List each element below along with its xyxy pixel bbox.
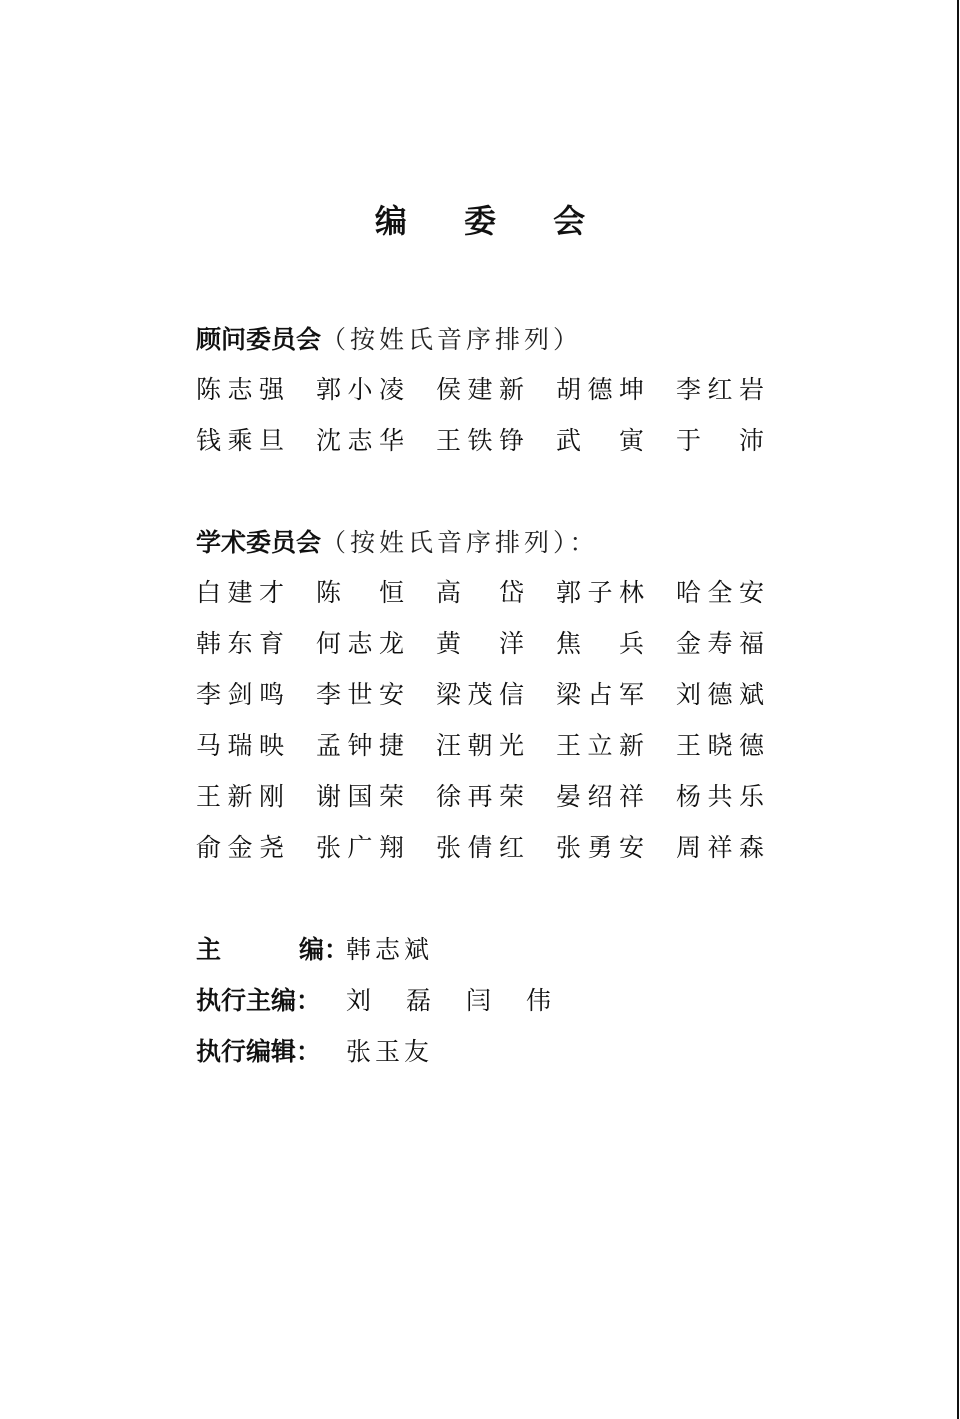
member-name: 白建才 [196,575,284,611]
member-name: 张倩红 [436,830,524,866]
title-char: 会 [553,196,585,242]
member-name: 张广翔 [316,830,404,866]
member-name: 王立新 [556,728,644,764]
member-name: 武寅 [556,423,644,459]
member-name: 汪朝光 [436,728,524,764]
member-name: 晏绍祥 [556,779,644,815]
academic-heading-label: 学术委员会 [196,528,321,557]
member-name: 张勇安 [556,830,644,866]
member-name: 李世安 [316,677,404,713]
advisory-heading-note: （按姓氏音序排列） [321,325,582,354]
member-name: 梁茂信 [436,677,524,713]
member-name: 焦兵 [556,626,644,662]
member-name: 郭子林 [556,575,644,611]
member-name: 侯建新 [436,372,524,408]
executive-editor-name: 张玉友 [346,1034,433,1070]
member-name: 李剑鸣 [196,677,284,713]
title-char: 委 [464,196,496,242]
member-name: 钱乘旦 [196,423,284,459]
member-name: 王铁铮 [436,423,524,459]
advisory-heading-label: 顾问委员会 [196,325,321,354]
member-name: 何志龙 [316,626,404,662]
executive-chief-editor-names: 刘磊闫伟 [346,983,586,1019]
member-name: 胡德坤 [556,372,644,408]
member-name: 孟钟捷 [316,728,404,764]
advisory-heading: 顾问委员会（按姓氏音序排列） [196,322,582,358]
page-title: 编 委 会 [0,196,960,242]
executive-editor: 执行编辑： 张玉友 [196,1034,321,1070]
member-name: 谢国荣 [316,779,404,815]
executive-chief-editor-label: 执行主编： [196,983,321,1019]
member-name: 王新刚 [196,779,284,815]
executive-chief-editor: 执行主编： 刘磊闫伟 [196,983,321,1019]
member-name: 李红岩 [676,372,764,408]
member-name: 郭小凌 [316,372,404,408]
chief-editor-name: 韩志斌 [346,932,433,968]
executive-editor-label: 执行编辑： [196,1034,321,1070]
academic-heading-note: （按姓氏音序排列）： [321,528,599,557]
member-name: 徐再荣 [436,779,524,815]
member-name: 梁占军 [556,677,644,713]
member-name: 王晓德 [676,728,764,764]
member-name: 俞金尧 [196,830,284,866]
member-name: 周祥森 [676,830,764,866]
member-name: 哈全安 [676,575,764,611]
chief-editor: 主编： 韩志斌 [196,932,349,968]
member-name: 刘德斌 [676,677,764,713]
member-name: 高岱 [436,575,524,611]
member-name: 马瑞映 [196,728,284,764]
member-name: 杨共乐 [676,779,764,815]
member-name: 黄洋 [436,626,524,662]
member-name: 于沛 [676,423,764,459]
member-name: 陈恒 [316,575,404,611]
member-name: 陈志强 [196,372,284,408]
member-name: 沈志华 [316,423,404,459]
academic-heading: 学术委员会（按姓氏音序排列）： [196,525,599,561]
member-name: 金寿福 [676,626,764,662]
member-name: 韩东育 [196,626,284,662]
title-char: 编 [375,196,407,242]
chief-editor-label: 主编 [196,932,324,968]
